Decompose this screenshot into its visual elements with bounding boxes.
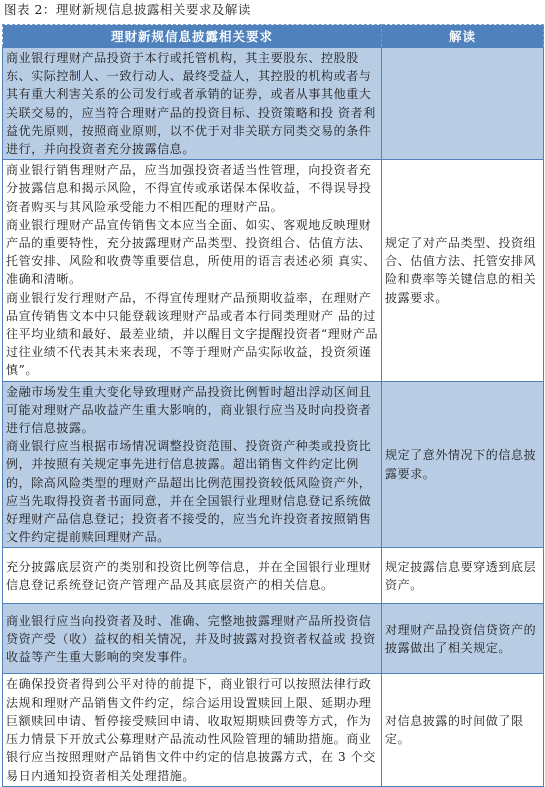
requirement-cell: 商业银行应当向投资者及时、准确、完整地披露理财产品所投资信贷资产受（收）益权的相… bbox=[3, 604, 382, 674]
requirement-text: 商业银行理财产品投资于本行或托管机构，其主要股东、控股股东、实际控制人、一致行动… bbox=[6, 49, 379, 158]
requirement-text: 在确保投资者得到公平对待的前提下，商业银行可以按照法律行政法规和理财产品销售文件… bbox=[6, 675, 379, 764]
requirement-cell: 商业银行销售理财产品，应当加强投资者适当性管理，向投资者充分披露信息和揭示风险，… bbox=[3, 160, 382, 381]
interpretation-cell: 规定了对产品类型、投资组合、估值方法、托管安排风险和费率等关键信息的相关披露要求… bbox=[382, 160, 544, 381]
figure-caption: 图表 2：理财新规信息披露相关要求及解读 bbox=[4, 2, 251, 18]
table-header-row: 理财新规信息披露相关要求 解读 bbox=[3, 25, 544, 48]
disclosure-requirements-table: 理财新规信息披露相关要求 解读 商业银行理财产品投资于本行或托管机构，其主要股东… bbox=[2, 24, 544, 764]
requirement-text: 商业银行发行理财产品，不得宣传理财产品预期收益率，在理财产品宣传销售文本中只能登… bbox=[6, 289, 379, 380]
requirement-cell: 充分披露底层资产的类别和投资比例等信息，并在全国银行业理财信息登记系统登记资产管… bbox=[3, 548, 382, 604]
table-row: 在确保投资者得到公平对待的前提下，商业银行可以按照法律行政法规和理财产品销售文件… bbox=[3, 674, 544, 764]
interpretation-cell: 规定披露信息要穿透到底层资产。 bbox=[382, 548, 544, 604]
table-row: 充分披露底层资产的类别和投资比例等信息，并在全国银行业理财信息登记系统登记资产管… bbox=[3, 548, 544, 604]
requirement-text: 金融市场发生重大变化导致理财产品投资比例暂时超出浮动区间且可能对理财产品收益产生… bbox=[6, 383, 379, 438]
requirement-cell: 在确保投资者得到公平对待的前提下，商业银行可以按照法律行政法规和理财产品销售文件… bbox=[3, 674, 382, 764]
table-row: 金融市场发生重大变化导致理财产品投资比例暂时超出浮动区间且可能对理财产品收益产生… bbox=[3, 381, 544, 548]
interpretation-cell: 对信息披露的时间做了限定。 bbox=[382, 674, 544, 764]
requirement-text: 商业银行应当根据市场情况调整投资范围、投资资产种类或投资比例，并按照有关规定事先… bbox=[6, 437, 379, 546]
interpretation-cell bbox=[382, 48, 544, 160]
requirement-text: 充分披露底层资产的类别和投资比例等信息，并在全国银行业理财信息登记系统登记资产管… bbox=[6, 558, 379, 594]
column-header-interpretation: 解读 bbox=[382, 25, 544, 48]
table-row: 商业银行理财产品投资于本行或托管机构，其主要股东、控股股东、实际控制人、一致行动… bbox=[3, 48, 544, 160]
table-row: 商业银行销售理财产品，应当加强投资者适当性管理，向投资者充分披露信息和揭示风险，… bbox=[3, 160, 544, 381]
requirement-text: 商业银行应当向投资者及时、准确、完整地披露理财产品所投资信贷资产受（收）益权的相… bbox=[6, 612, 379, 667]
interpretation-cell: 对理财产品投资信贷资产的披露做出了相关规定。 bbox=[382, 604, 544, 674]
column-header-requirement: 理财新规信息披露相关要求 bbox=[3, 25, 382, 48]
requirement-text: 商业银行销售理财产品，应当加强投资者适当性管理，向投资者充分披露信息和揭示风险，… bbox=[6, 161, 379, 216]
interpretation-cell: 规定了意外情况下的信息披露要求。 bbox=[382, 381, 544, 548]
requirement-cell: 金融市场发生重大变化导致理财产品投资比例暂时超出浮动区间且可能对理财产品收益产生… bbox=[3, 381, 382, 548]
table-row: 商业银行应当向投资者及时、准确、完整地披露理财产品所投资信贷资产受（收）益权的相… bbox=[3, 604, 544, 674]
requirement-text: 商业银行理财产品宣传销售文本应当全面、如实、客观地反映理财产品的重要特性，充分披… bbox=[6, 216, 379, 289]
requirement-cell: 商业银行理财产品投资于本行或托管机构，其主要股东、控股股东、实际控制人、一致行动… bbox=[3, 48, 382, 160]
